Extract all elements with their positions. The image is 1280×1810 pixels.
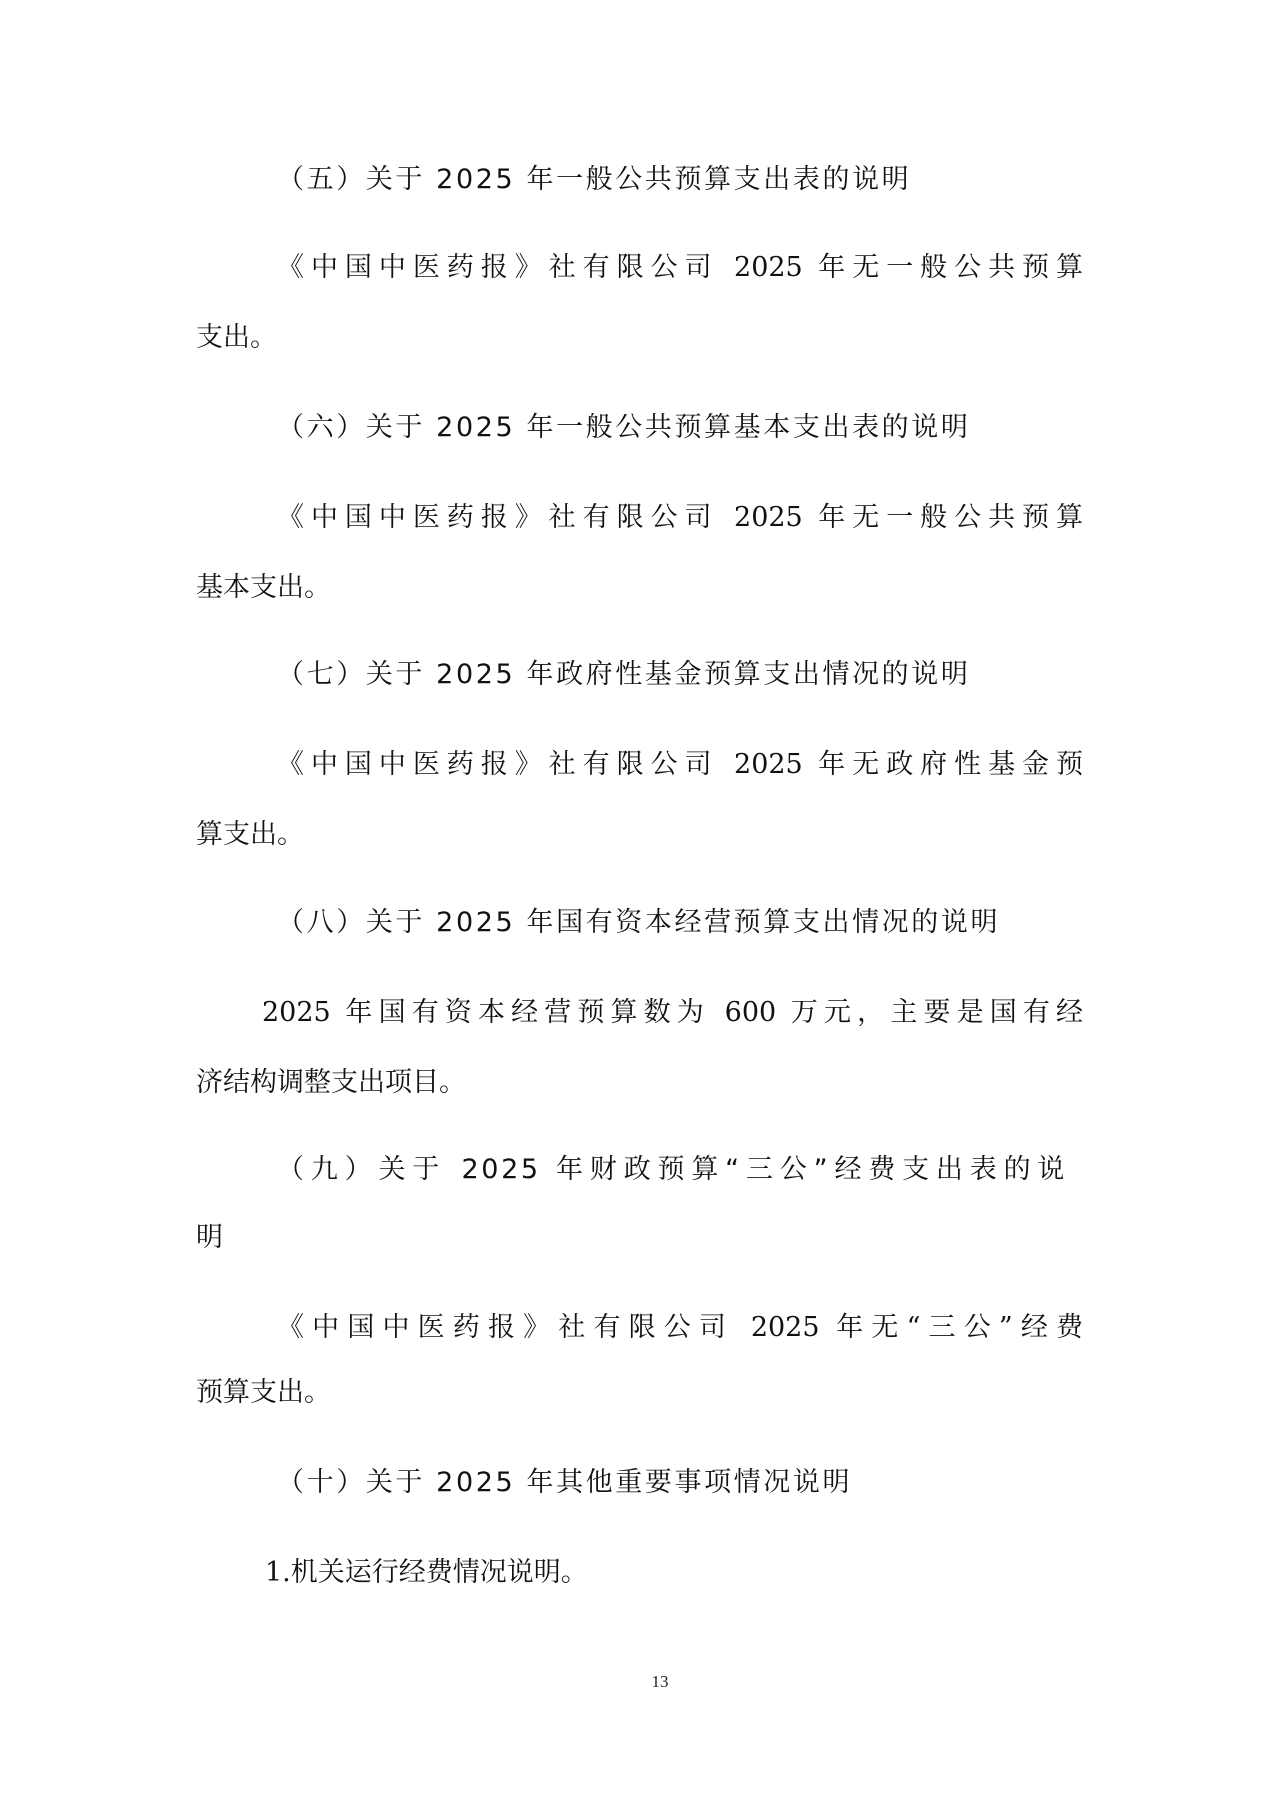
section-heading-5: （五）关于 2025 年一般公共预算支出表的说明 <box>277 160 911 200</box>
section-body-7-line-2: 算支出。 <box>196 815 304 855</box>
section-body-9-line-1: 《中国中医药报》社有限公司 2025 年无“三公”经费 <box>277 1308 1083 1348</box>
section-body-8-line-1: 2025 年国有资本经营预算数为 600 万元，主要是国有经 <box>262 993 1083 1033</box>
section-body-9-line-2: 预算支出。 <box>196 1373 331 1413</box>
section-heading-9: （九）关于 2025 年财政预算“三公”经费支出表的说 <box>277 1150 1067 1190</box>
section-body-5-line-2: 支出。 <box>196 318 277 358</box>
section-heading-8: （八）关于 2025 年国有资本经营预算支出情况的说明 <box>277 903 1000 943</box>
section-heading-10: （十）关于 2025 年其他重要事项情况说明 <box>277 1463 852 1503</box>
section-body-8-line-2: 济结构调整支出项目。 <box>196 1063 466 1103</box>
section-heading-9-continuation: 明 <box>196 1218 226 1258</box>
section-body-7-line-1: 《中国中医药报》社有限公司 2025 年无政府性基金预 <box>277 745 1083 785</box>
section-heading-6: （六）关于 2025 年一般公共预算基本支出表的说明 <box>277 408 970 448</box>
page-number: 13 <box>620 1670 700 1694</box>
document-page: （五）关于 2025 年一般公共预算支出表的说明 《中国中医药报》社有限公司 2… <box>0 0 1280 1810</box>
section-heading-7: （七）关于 2025 年政府性基金预算支出情况的说明 <box>277 655 970 695</box>
section-body-5-line-1: 《中国中医药报》社有限公司 2025 年无一般公共预算 <box>277 248 1083 288</box>
section-body-6-line-1: 《中国中医药报》社有限公司 2025 年无一般公共预算 <box>277 498 1083 538</box>
section-body-6-line-2: 基本支出。 <box>196 568 331 608</box>
section-body-10-item-1: 1.机关运行经费情况说明。 <box>265 1553 588 1593</box>
